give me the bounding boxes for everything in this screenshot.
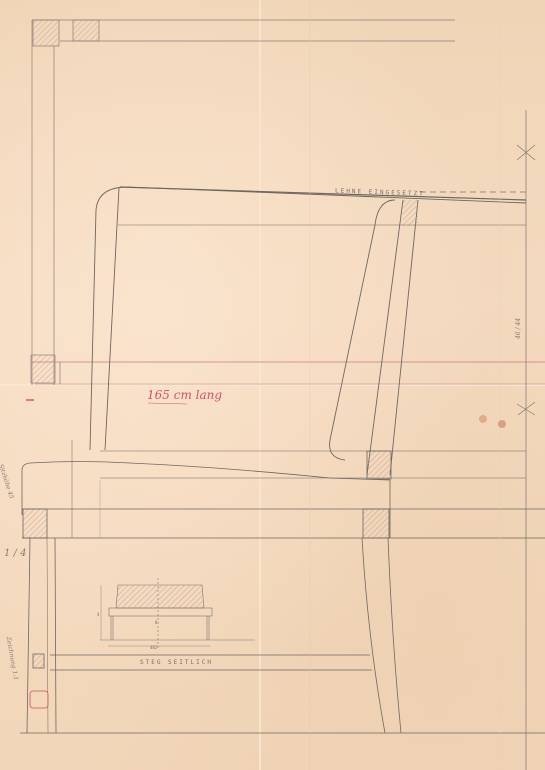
right-reference (420, 110, 535, 770)
left-margin-mark: 1 / 4 (4, 548, 26, 559)
cross-section-detail (100, 578, 255, 648)
paper-stains (479, 415, 506, 428)
detail-dim-left: 4 (97, 612, 99, 617)
right-margin-note: 46 / 44 (515, 318, 522, 339)
seat (22, 451, 545, 538)
drawing-sheet: LEHNE EINGESETZT 165 cm lang STEG SEITLI… (0, 0, 545, 770)
plan-view-top (31, 20, 545, 385)
bench-elevation-drawing (0, 0, 545, 770)
stretcher-label: STEG SEITLICH (140, 659, 213, 666)
detail-dim-mid: 8 (155, 620, 157, 625)
side-stretcher (20, 655, 545, 733)
red-underline (148, 403, 187, 404)
paper-folds (0, 0, 545, 770)
length-note: 165 cm lang (147, 388, 222, 402)
legs (27, 440, 401, 733)
detail-dim-bottom: 482 (150, 645, 157, 650)
backrest-outline (90, 187, 526, 475)
